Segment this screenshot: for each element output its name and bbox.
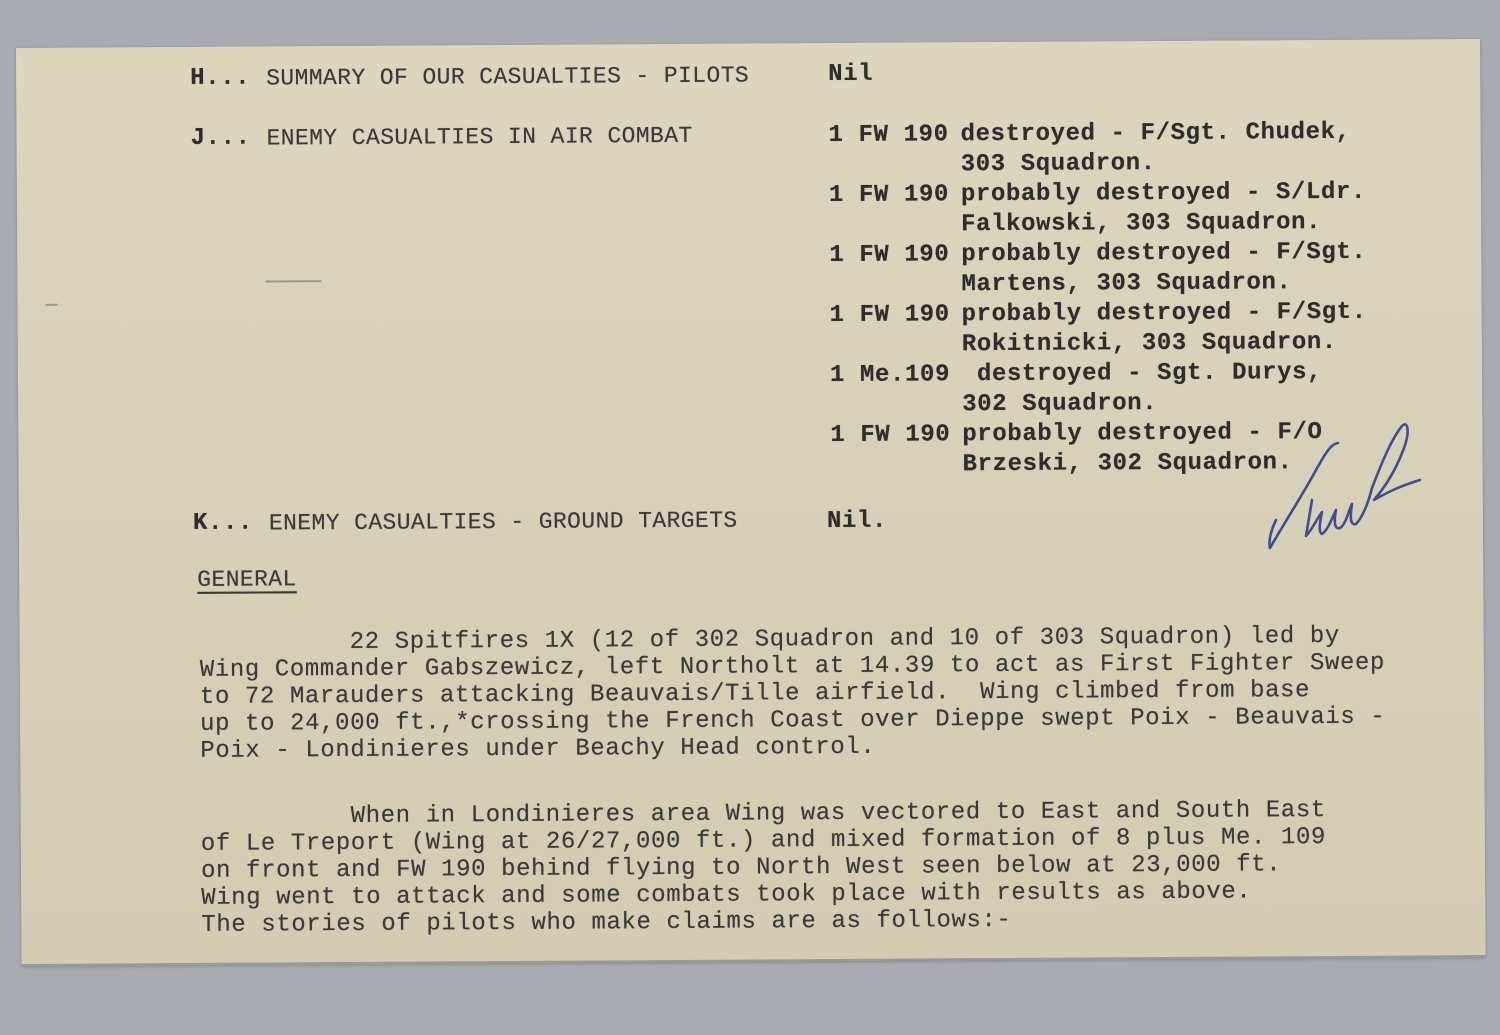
claim-aircraft: 1 Me.109 [830, 360, 950, 391]
claims-list: 1 FW 190 destroyed - F/Sgt. Chudek, 303 … [16, 39, 1480, 48]
claim-line-1: destroyed - Sgt. Durys, [962, 358, 1322, 390]
section-k-label: K... [193, 509, 253, 539]
claim-aircraft: 1 FW 190 [830, 300, 950, 331]
paper-mark [46, 304, 58, 306]
section-h-value: Nil [828, 60, 873, 90]
claim-line-1: probably destroyed - S/Ldr. [961, 178, 1366, 210]
claim-aircraft: 1 FW 190 [829, 180, 949, 211]
general-paragraph-1: 22 Spitfires 1X (12 of 302 Squadron and … [16, 39, 1480, 48]
claim-line-2: Rokitnicki, 303 Squadron. [962, 328, 1337, 360]
section-h-label: H... [190, 64, 250, 94]
claim-line-2: Falkowski, 303 Squadron. [961, 208, 1321, 240]
section-j-label: J... [190, 124, 250, 154]
paragraph-line: The stories of pilots who make claims ar… [201, 906, 1011, 941]
claim-aircraft: 1 FW 190 [829, 240, 949, 271]
claim-line-2: 302 Squadron. [962, 389, 1157, 420]
paper-mark [265, 280, 321, 282]
section-k-value: Nil. [827, 507, 887, 537]
claim-line-2: Brzeski, 302 Squadron. [962, 448, 1292, 480]
claim-line-1: destroyed - F/Sgt. Chudek, [960, 118, 1350, 150]
general-paragraph-2: When in Londinieres area Wing was vector… [16, 39, 1480, 48]
section-h-title: SUMMARY OF OUR CASUALTIES - PILOTS [266, 61, 749, 94]
claim-line-1: probably destroyed - F/Sgt. [962, 298, 1367, 330]
section-j-title: ENEMY CASUALTIES IN AIR COMBAT [266, 121, 692, 154]
claim-aircraft: 1 FW 190 [828, 120, 948, 151]
paragraph-line: Poix - Londinieres under Beachy Head con… [200, 733, 875, 767]
claim-line-2: Martens, 303 Squadron. [961, 268, 1291, 300]
claim-aircraft: 1 FW 190 [830, 420, 950, 451]
signature-icon [1250, 408, 1450, 558]
general-heading: GENERAL [197, 564, 297, 595]
claim-line-1: probably destroyed - F/Sgt. [961, 238, 1366, 270]
section-k-title: ENEMY CASUALTIES - GROUND TARGETS [269, 506, 738, 539]
signature-strokes [1269, 424, 1420, 548]
claim-line-2: 303 Squadron. [961, 149, 1156, 180]
